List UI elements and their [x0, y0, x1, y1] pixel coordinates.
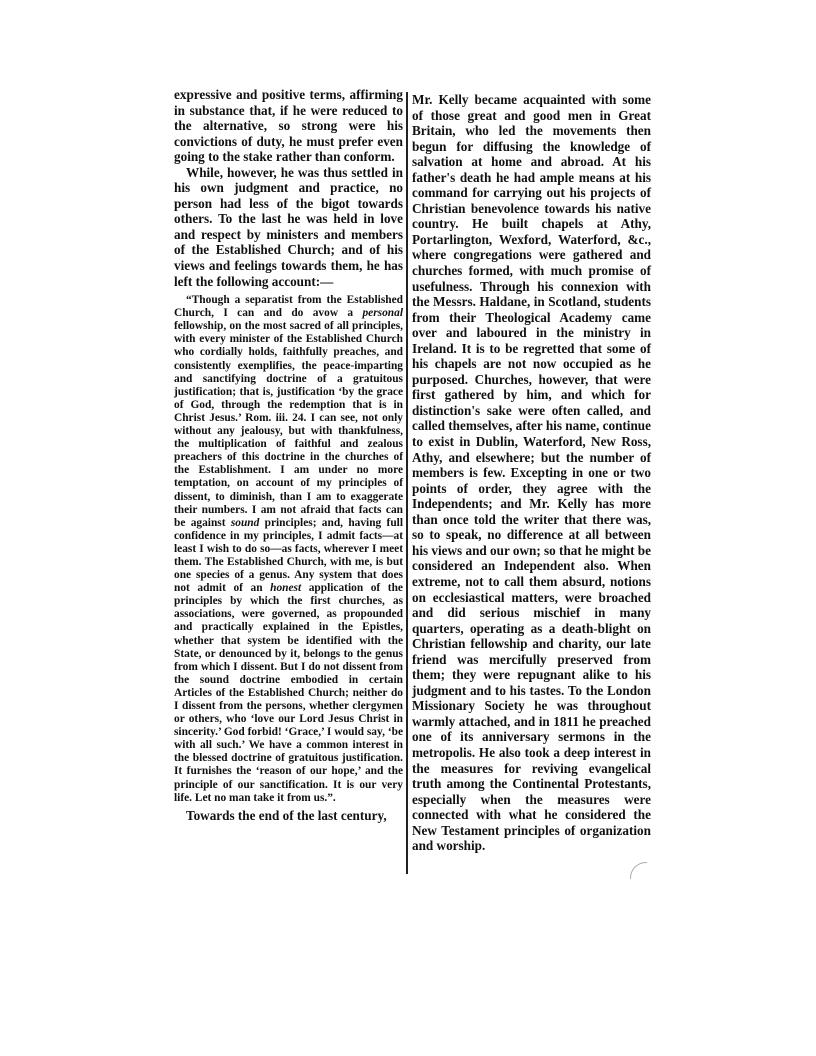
block-quote-kelly: “Though a separatist from the Establishe… [174, 294, 403, 805]
scanned-page: expressive and positive terms, affirming… [0, 0, 816, 1056]
paragraph-towards-end: Towards the end of the last century, [174, 808, 403, 824]
page-curl-mark [630, 862, 647, 879]
left-column: expressive and positive terms, affirming… [174, 87, 403, 823]
paragraph-kelly-acquainted: Mr. Kelly became acquainted with some of… [412, 92, 651, 854]
paragraph-convictions: expressive and positive terms, affirming… [174, 87, 403, 165]
paragraph-bigot: While, however, he was thus settled in h… [174, 165, 403, 289]
column-divider [406, 92, 408, 874]
right-column: Mr. Kelly became acquainted with some of… [412, 92, 651, 854]
